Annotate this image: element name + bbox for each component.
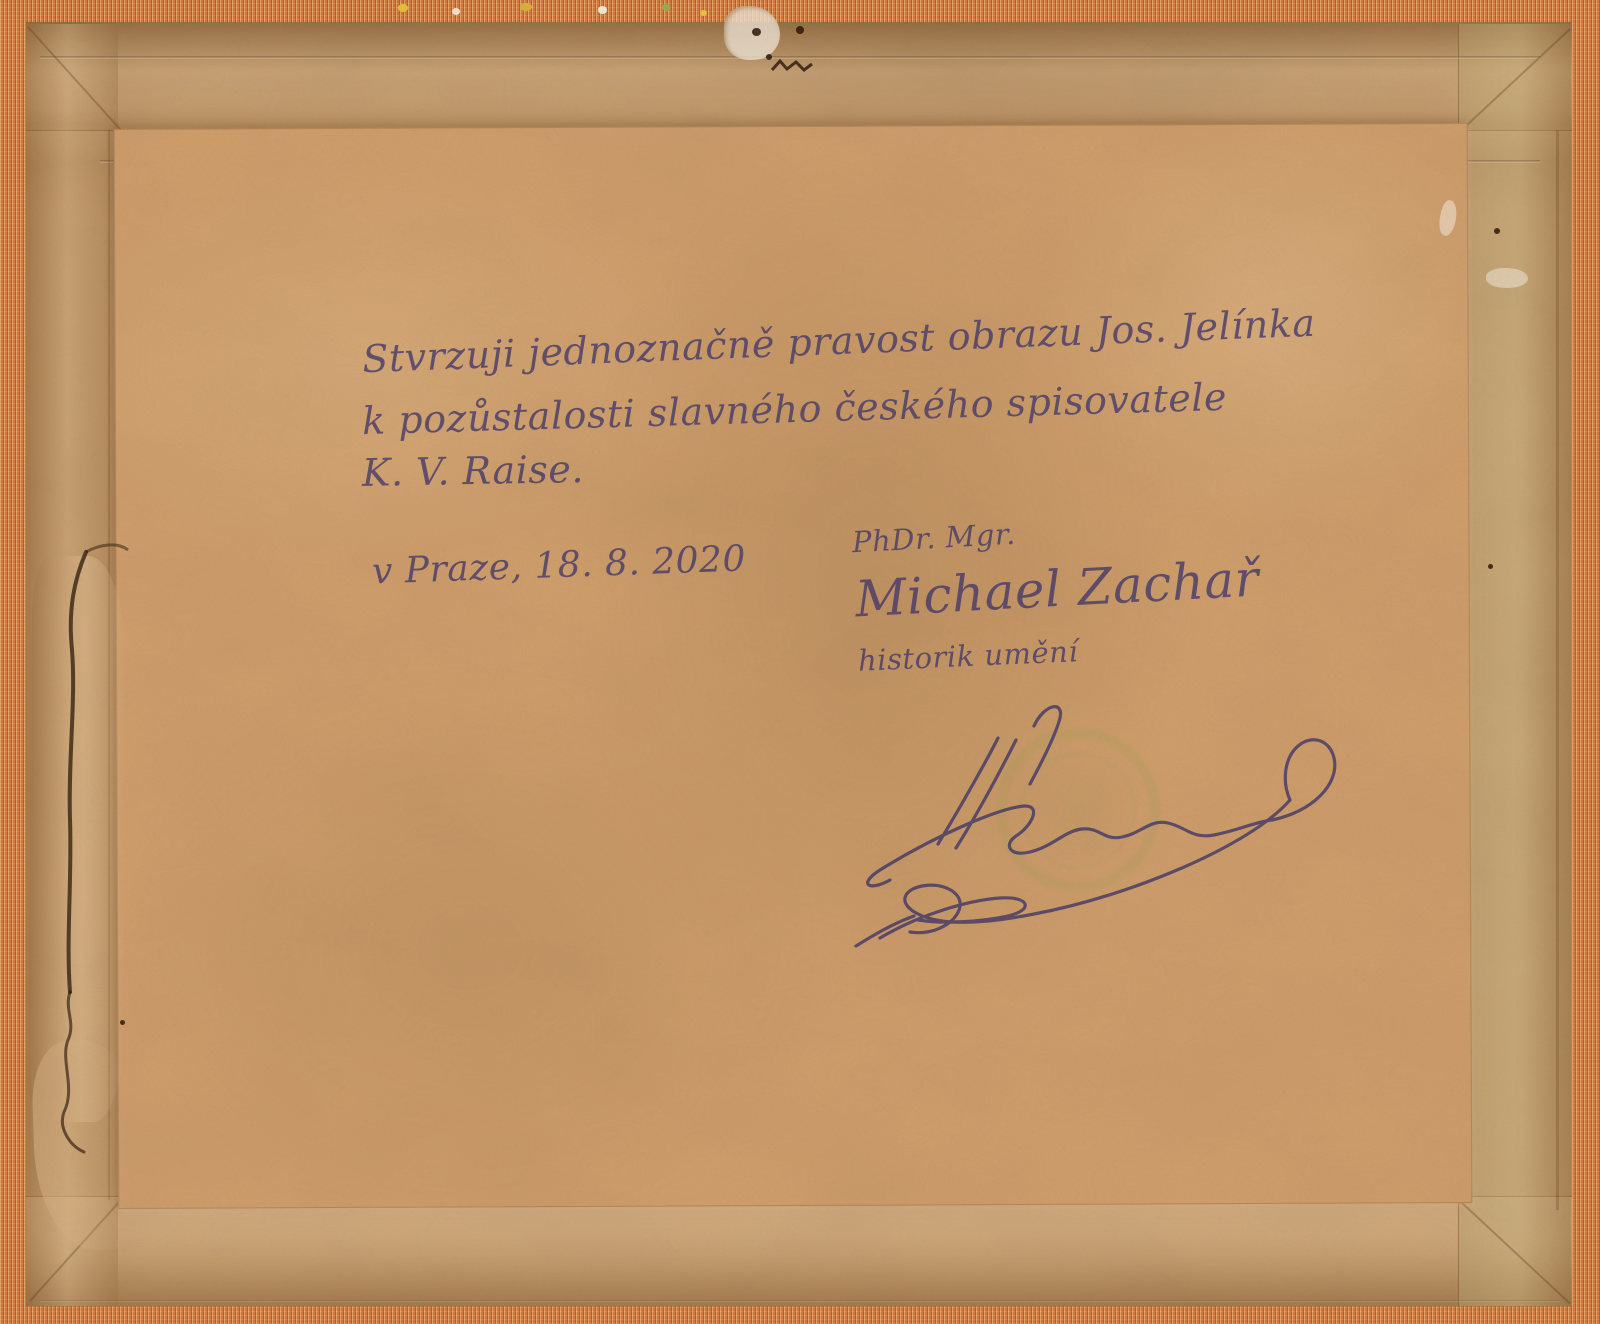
tack-hole: [120, 1020, 125, 1025]
embossed-stamp: [996, 728, 1160, 892]
paint-fleck: [520, 3, 532, 11]
photo-frame-back: Stvrzuji jednoznačně pravost obrazu Jos.…: [0, 0, 1600, 1324]
paint-fleck: [662, 4, 670, 11]
paint-fleck: [598, 6, 607, 14]
torn-paper-patch: [28, 556, 129, 1123]
tack-hole: [1488, 564, 1493, 569]
scuff-mark: [1486, 268, 1528, 288]
paint-fleck: [452, 8, 460, 15]
crease-line: [1556, 130, 1559, 1210]
tack-hole: [796, 26, 804, 34]
inscription-line-3: K. V. Raise.: [362, 450, 585, 492]
crease-line: [40, 56, 1540, 59]
crease-line: [40, 1300, 1560, 1302]
backing-panel: [114, 123, 1473, 1209]
inscription-credentials: PhDr. Mgr.: [851, 520, 1016, 558]
tack-hole: [766, 54, 772, 60]
tack-hole: [1494, 228, 1500, 234]
tack-hole: [752, 28, 761, 36]
paint-fleck: [398, 4, 408, 12]
paint-fleck: [700, 10, 707, 16]
